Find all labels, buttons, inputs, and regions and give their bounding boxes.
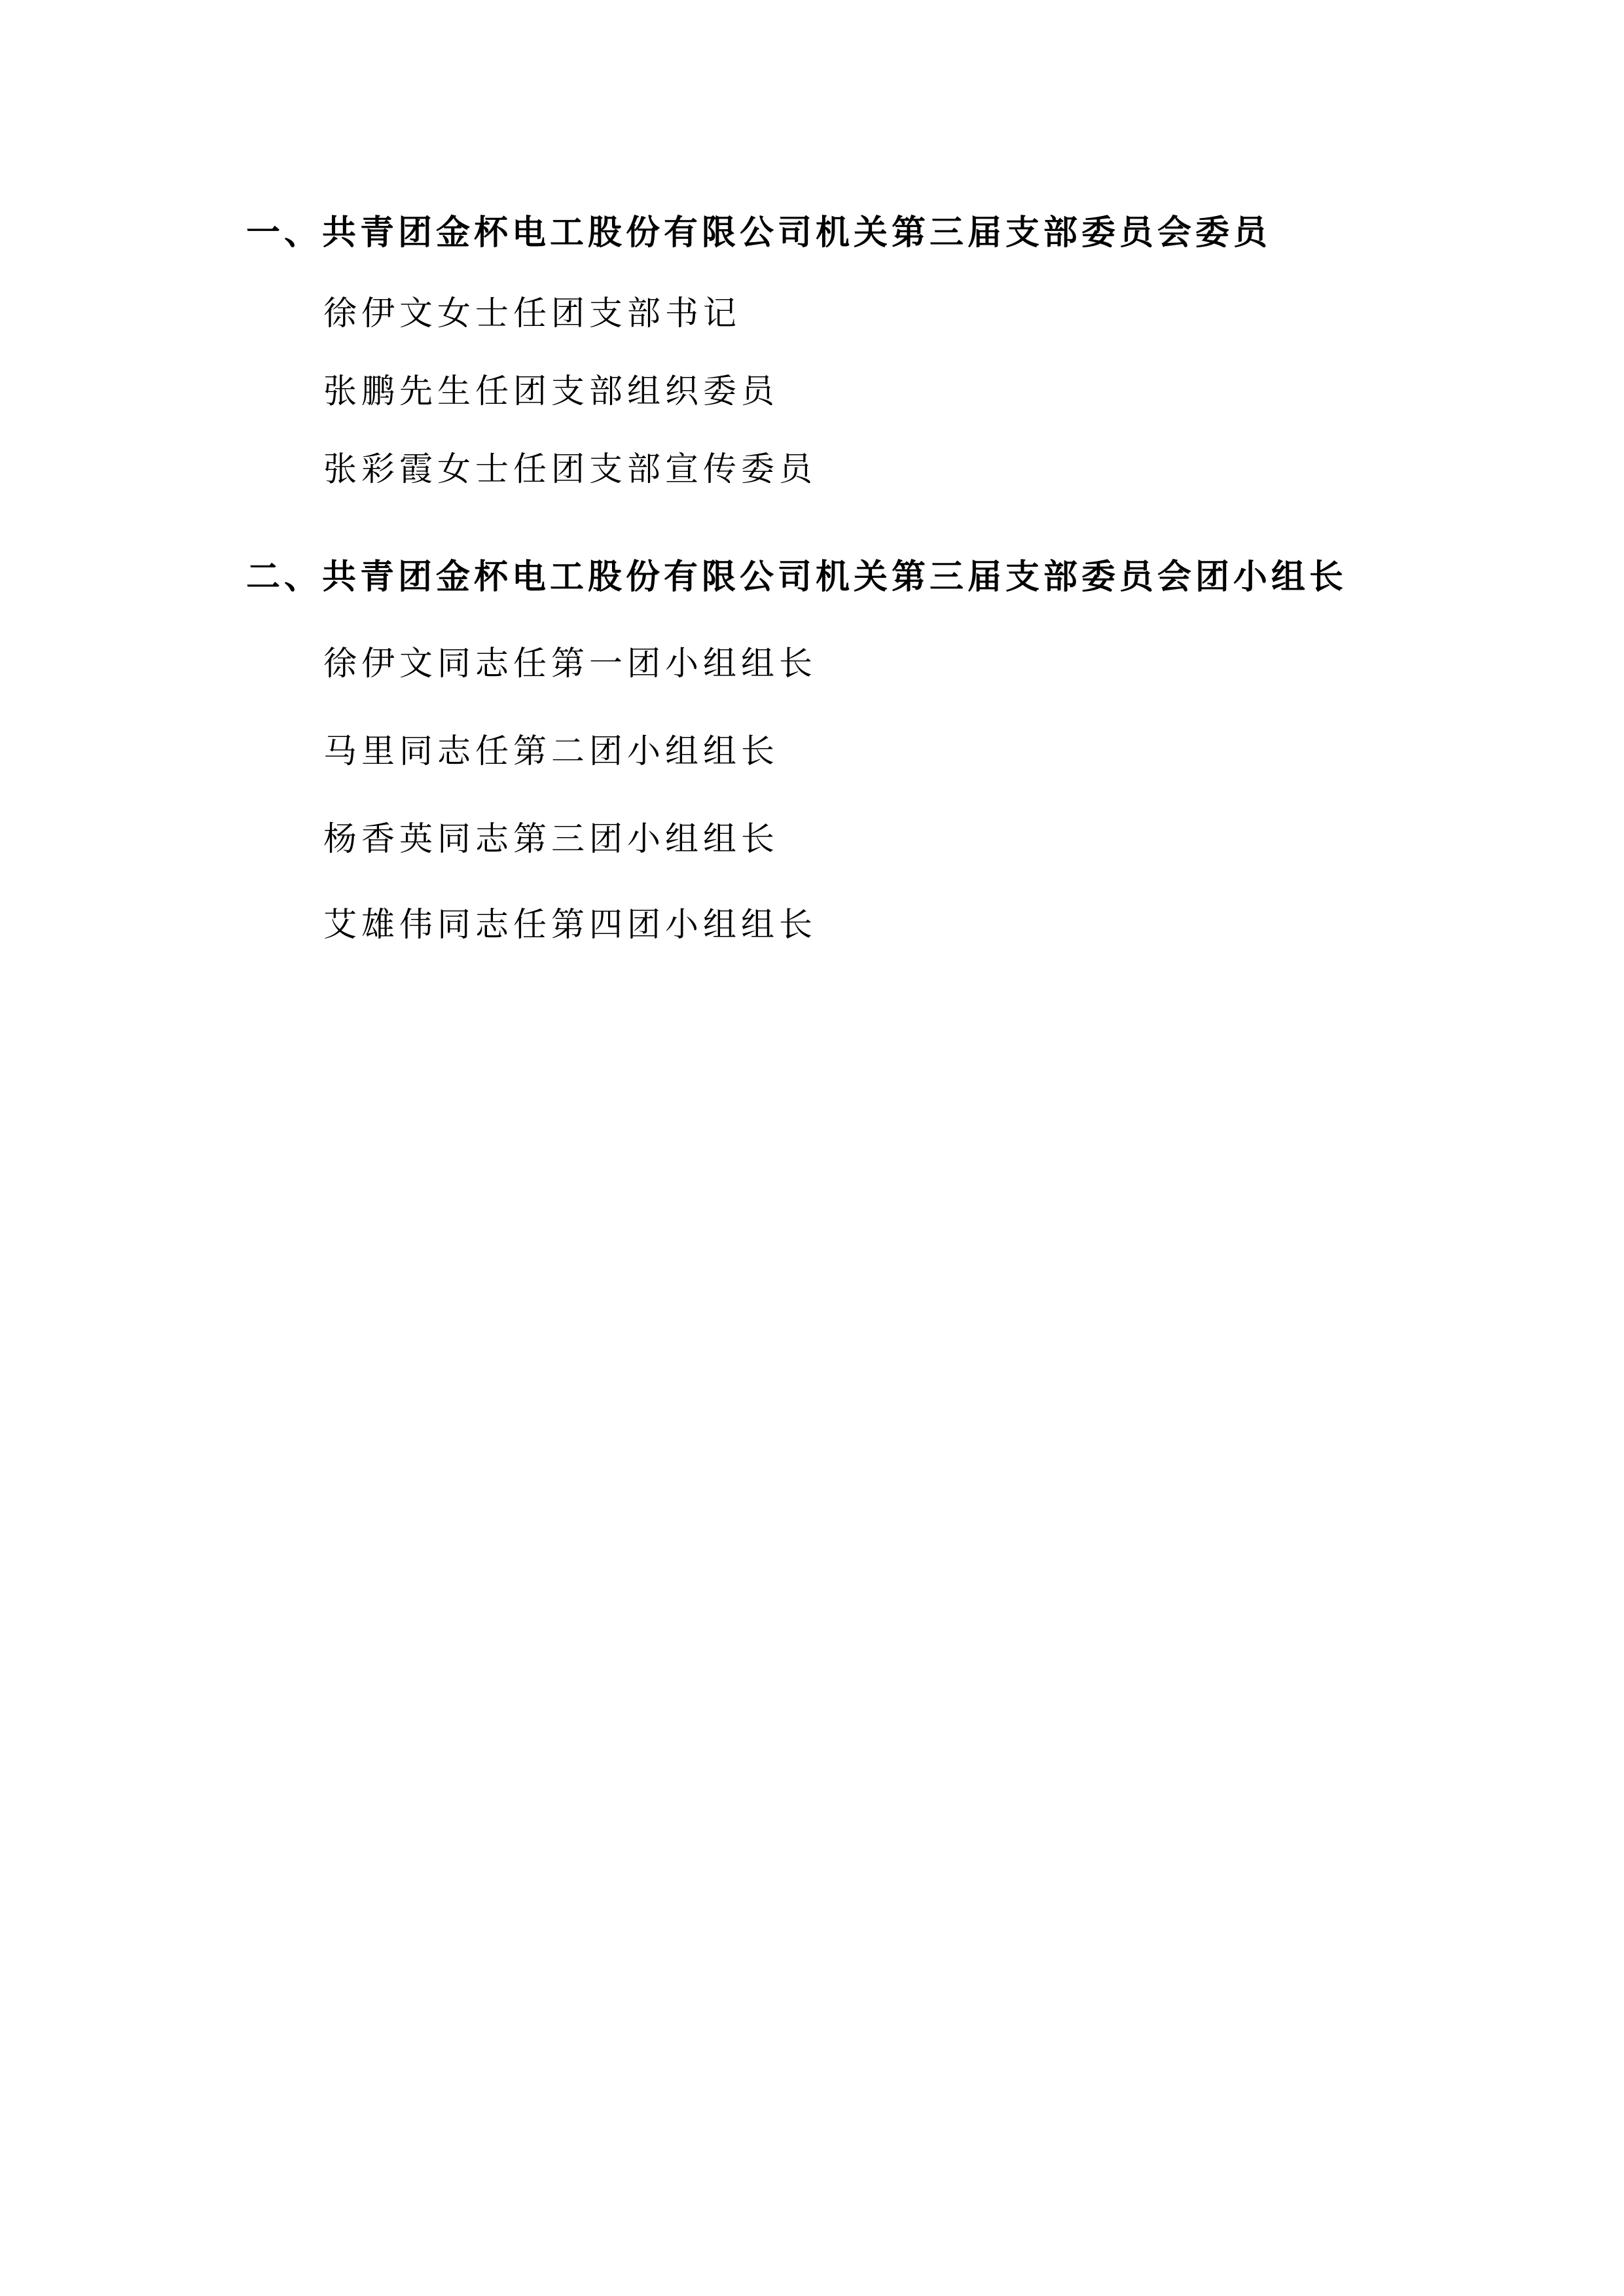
list-item: 张彩霞女士任团支部宣传委员 [323, 450, 817, 490]
list-item: 杨香英同志第三团小组组长 [323, 820, 779, 859]
section-heading-group-leaders: 二、共青团金杯电工股份有限公司机关第三届支部委员会团小组长 [246, 558, 1347, 597]
list-item: 马里同志任第二团小组组长 [323, 732, 779, 772]
list-item: 徐伊文女士任团支部书记 [323, 295, 741, 334]
document-page: 一、共青团金杯电工股份有限公司机关第三届支部委员会委员 徐伊文女士任团支部书记 … [0, 0, 1624, 2296]
list-item: 艾雄伟同志任第四团小组组长 [323, 906, 817, 945]
list-item: 张鹏先生任团支部组织委员 [323, 372, 779, 412]
list-item: 徐伊文同志任第一团小组组长 [323, 645, 817, 684]
section-heading-committee-members: 一、共青团金杯电工股份有限公司机关第三届支部委员会委员 [246, 213, 1271, 253]
